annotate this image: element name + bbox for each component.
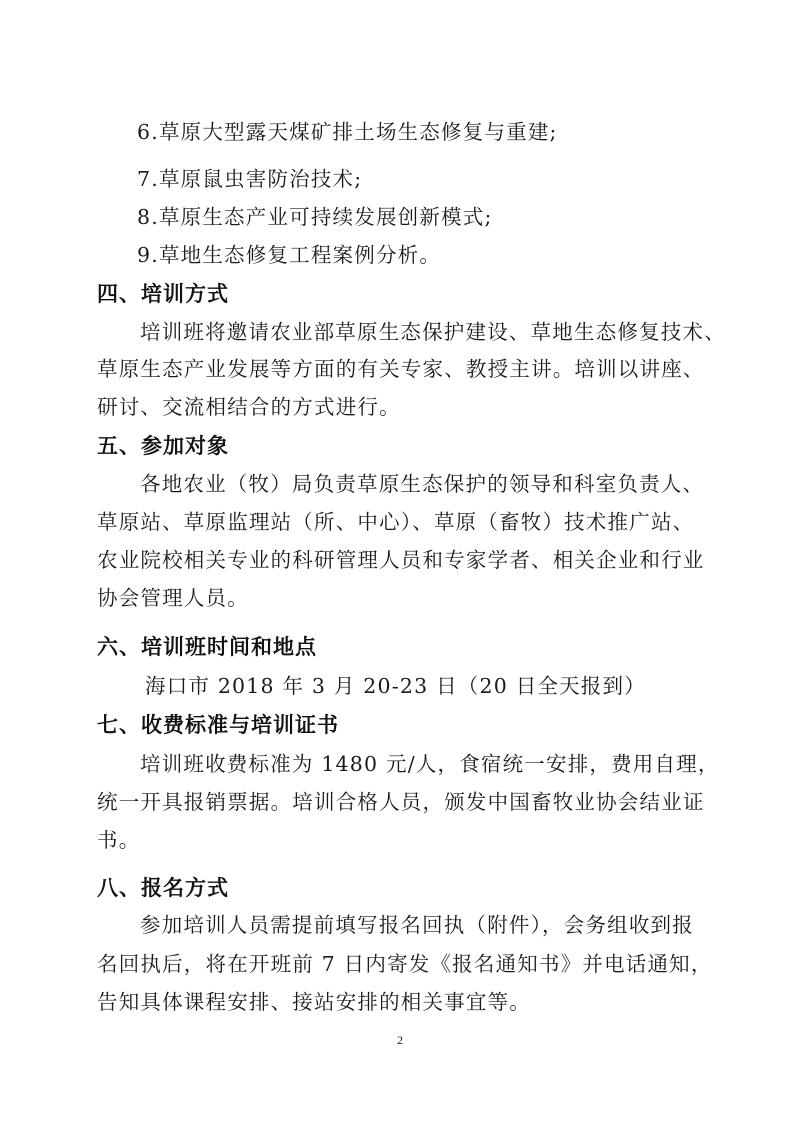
section-heading-fees-certificate: 七、收费标准与培训证书	[97, 711, 339, 739]
paragraph-line: 研讨、交流相结合的方式进行。	[97, 393, 401, 421]
time-location-text: 海口市 2018 年 3 月 20-23 日（20 日全天报到）	[145, 672, 646, 700]
paragraph-line: 告知具体课程安排、接站安排的相关事宜等。	[97, 988, 531, 1016]
paragraph-line: 书。	[97, 826, 140, 854]
paragraph-line: 培训班收费标准为 1480 元/人，食宿统一安排，费用自理，	[140, 750, 720, 778]
paragraph-line: 各地农业（牧）局负责草原生态保护的领导和科室负责人、	[140, 470, 704, 498]
paragraph-line: 草原生态产业发展等方面的有关专家、教授主讲。培训以讲座、	[97, 355, 705, 383]
list-item-8: 8.草原生态产业可持续发展创新模式;	[137, 203, 493, 231]
section-heading-registration: 八、报名方式	[97, 874, 229, 902]
section-heading-time-location: 六、培训班时间和地点	[97, 633, 317, 661]
section-heading-training-method: 四、培训方式	[97, 280, 229, 308]
page-number: 2	[0, 1033, 800, 1048]
paragraph-line: 参加培训人员需提前填写报名回执（附件），会务组收到报	[140, 911, 694, 939]
list-item-7: 7.草原鼠虫害防治技术;	[137, 165, 362, 193]
document-page: 6.草原大型露天煤矿排土场生态修复与重建; 7.草原鼠虫害防治技术; 8.草原生…	[0, 0, 800, 1131]
section-heading-participants: 五、参加对象	[97, 432, 229, 460]
paragraph-line: 名回执后，将在开班前 7 日内寄发《报名通知书》并电话通知，	[97, 950, 713, 978]
list-item-6: 6.草原大型露天煤矿排土场生态修复与重建;	[137, 118, 558, 146]
paragraph-line: 农业院校相关专业的科研管理人员和专家学者、相关企业和行业	[97, 546, 705, 574]
paragraph-line: 统一开具报销票据。培训合格人员，颁发中国畜牧业协会结业证	[97, 788, 705, 816]
paragraph-line: 协会管理人员。	[97, 584, 249, 612]
paragraph-line: 培训班将邀请农业部草原生态保护建设、草地生态修复技术、	[140, 318, 726, 346]
paragraph-line: 草原站、草原监理站（所、中心）、草原（畜牧）技术推广站、	[97, 508, 694, 536]
list-item-9: 9.草地生态修复工程案例分析。	[137, 241, 441, 269]
